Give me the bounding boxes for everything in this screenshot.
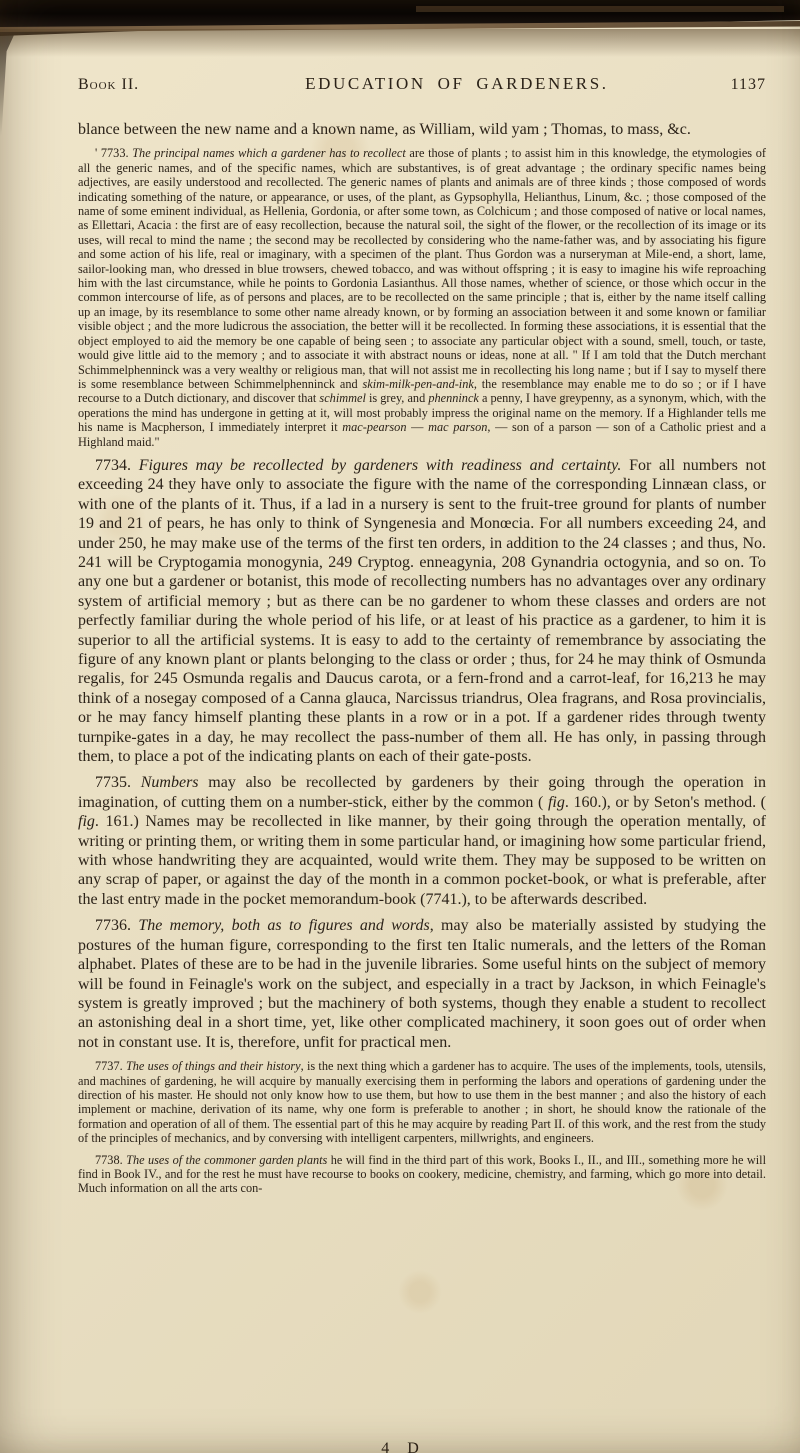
signature-mark: 4 D (0, 1440, 800, 1453)
paragraph-7733: ' 7733. The principal names which a gard… (78, 146, 766, 449)
italic-text-run: The principal names which a gardener has… (132, 146, 406, 160)
paragraph-7735: 7735. Numbers may also be recollected by… (78, 773, 766, 909)
text-run: is grey, and (366, 391, 428, 405)
italic-text-run: The uses of the commoner garden plants (126, 1153, 327, 1167)
italic-text-run: mac-pearson (342, 420, 406, 434)
paragraph-7734: 7734. Figures may be recollected by gard… (78, 456, 766, 767)
book-label: Book II. (78, 76, 139, 94)
italic-text-run: Figures may be recollected by gardeners … (139, 457, 622, 474)
italic-text-run: mac parson (428, 420, 487, 434)
text-run: . 160.), or by Seton's method. ( (565, 794, 766, 811)
italic-text-run: The memory, both as to figures and words (138, 917, 429, 934)
italic-text-run: Numbers (141, 774, 199, 791)
text-run: blance between the new name and a known … (78, 121, 691, 138)
text-run: 7734. (95, 457, 139, 474)
book-page-scan: Book II. EDUCATION OF GARDENERS. 1137 bl… (0, 0, 800, 1453)
scan-edge-shadow (0, 29, 800, 57)
text-run: ' 7733. (95, 146, 132, 160)
paragraph-7736: 7736. The memory, both as to figures and… (78, 916, 766, 1052)
text-run: , may also be materially assisted by stu… (78, 917, 766, 1050)
italic-text-run: skim-milk-pen-and-ink (363, 377, 474, 391)
italic-text-run: fig (548, 794, 565, 811)
text-run: 7735. (95, 774, 141, 791)
page-title: EDUCATION OF GARDENERS. (161, 74, 752, 94)
text-run: 7736. (95, 917, 138, 934)
paragraph-continuation: blance between the new name and a known … (78, 120, 766, 139)
italic-text-run: schimmel (319, 391, 365, 405)
italic-text-run: The uses of things and their history (126, 1059, 301, 1073)
text-run: For all numbers not exceeding 24 they ha… (78, 457, 766, 765)
italic-text-run: phenninck (428, 391, 479, 405)
paragraph-7738: 7738. The uses of the commoner garden pl… (78, 1153, 766, 1196)
text-run: are those of plants ; to assist him in t… (78, 146, 766, 391)
text-block: blance between the new name and a known … (78, 120, 766, 1196)
running-header: Book II. EDUCATION OF GARDENERS. 1137 (78, 74, 766, 94)
text-run: 7737. (95, 1059, 126, 1073)
text-run: . 161.) Names may be recollected in like… (78, 813, 766, 908)
scan-top-edge (0, 0, 800, 54)
italic-text-run: fig (78, 813, 95, 830)
page-content: Book II. EDUCATION OF GARDENERS. 1137 bl… (0, 0, 800, 1196)
text-run: 7738. (95, 1153, 126, 1167)
text-run: — (406, 420, 428, 434)
paragraph-7737: 7737. The uses of things and their histo… (78, 1059, 766, 1145)
